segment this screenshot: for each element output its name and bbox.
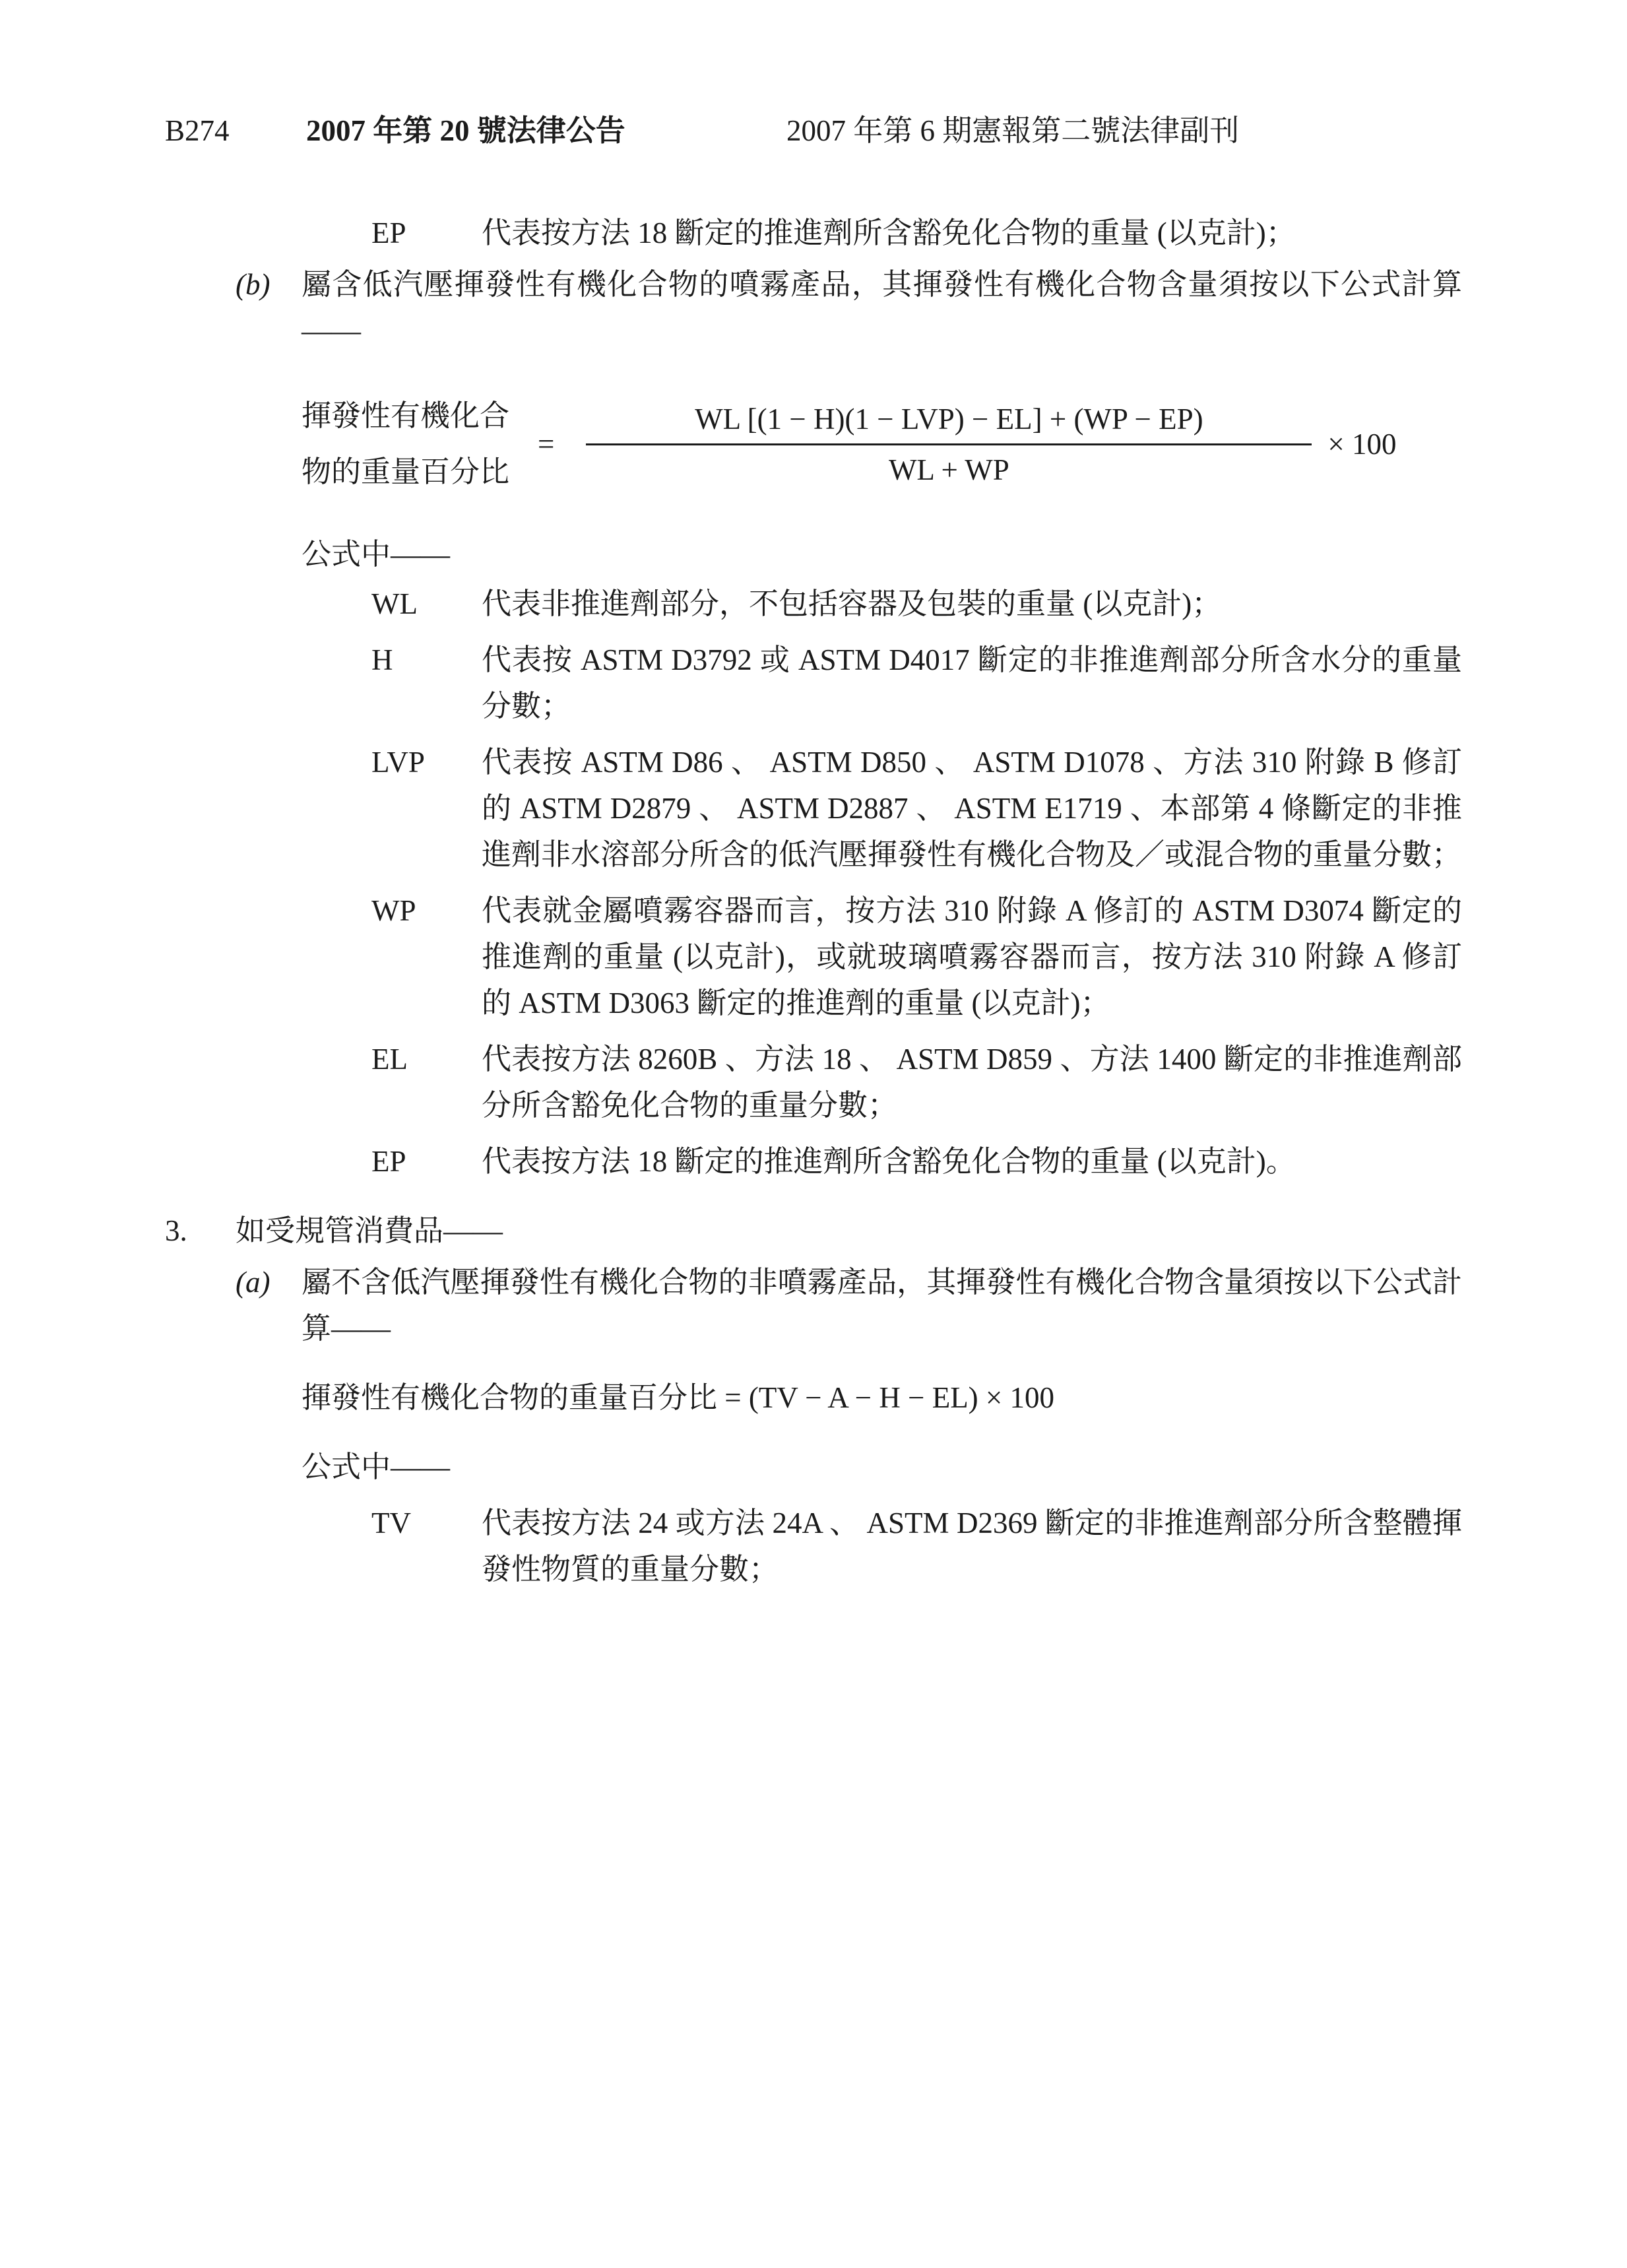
voc-weight-formula: 揮發性有機化合 物的重量百分比 = WL [(1 − H)(1 − LVP) −… [302,388,1462,500]
list-item-b: (b) 屬含低汽壓揮發性有機化合物的噴霧產品，其揮發性有機化合物含量須按以下公式… [165,261,1462,354]
gazette-page: B274 2007 年第 20 號法律公告 2007 年第 6 期憲報第二號法律… [0,0,1627,2268]
term-definition: 代表按方法 18 斷定的推進劑所含豁免化合物的重量 (以克計)。 [482,1138,1462,1184]
formula-label: 揮發性有機化合 物的重量百分比 [302,388,519,500]
term-definition: 代表按方法 8260B 、方法 18 、 ASTM D859 、方法 1400 … [482,1036,1462,1128]
equals-sign: = [538,427,554,461]
formula-label-line2: 物的重量百分比 [302,444,519,500]
term-definition: 代表就金屬噴霧容器而言，按方法 310 附錄 A 修訂的 ASTM D3074 … [482,888,1462,1026]
term-definition: 代表按 ASTM D86 、 ASTM D850 、 ASTM D1078 、方… [482,739,1462,878]
term-row: WP 代表就金屬噴霧容器而言，按方法 310 附錄 A 修訂的 ASTM D30… [165,888,1462,1026]
term-definition: 代表非推進劑部分，不包括容器及包裝的重量 (以克計)； [482,581,1462,627]
term-symbol: EP [371,210,406,256]
term-symbol: EL [371,1036,408,1082]
term-symbol: WP [371,888,416,934]
term-row: EP 代表按方法 18 斷定的推進劑所含豁免化合物的重量 (以克計)。 [165,1138,1462,1184]
section-heading: 如受規管消費品—— [236,1208,1462,1254]
term-symbol: EP [371,1138,406,1184]
term-symbol: H [371,637,393,683]
term-row: H 代表按 ASTM D3792 或 ASTM D4017 斷定的非推進劑部分所… [165,637,1462,729]
term-row: EL 代表按方法 8260B 、方法 18 、 ASTM D859 、方法 14… [165,1036,1462,1128]
term-definition: 代表按方法 24 或方法 24A 、 ASTM D2369 斷定的非推進劑部分所… [482,1500,1462,1592]
term-symbol: WL [371,581,418,627]
fraction-numerator: WL [(1 − H)(1 − LVP) − EL] + (WP − EP) [586,396,1312,443]
item-marker: (b) [236,261,270,308]
item-marker: (a) [236,1259,270,1305]
item-text: 屬含低汽壓揮發性有機化合物的噴霧產品，其揮發性有機化合物含量須按以下公式計算—— [302,261,1462,354]
where-label: 公式中—— [302,1444,1462,1490]
term-symbol: LVP [371,739,425,785]
section-number: 3. [165,1208,187,1254]
formula-multiplier: × 100 [1327,427,1396,461]
fraction-denominator: WL + WP [586,443,1312,493]
list-item-a: (a) 屬不含低汽壓揮發性有機化合物的非噴霧產品，其揮發性有機化合物含量須按以下… [165,1259,1462,1351]
term-row: EP 代表按方法 18 斷定的推進劑所含豁免化合物的重量 (以克計)； [165,210,1462,256]
fraction: WL [(1 − H)(1 − LVP) − EL] + (WP − EP) W… [586,396,1312,493]
document-body: EP 代表按方法 18 斷定的推進劑所含豁免化合物的重量 (以克計)； (b) … [165,0,1462,1592]
where-label: 公式中—— [302,531,1462,577]
term-row: LVP 代表按 ASTM D86 、 ASTM D850 、 ASTM D107… [165,739,1462,878]
item-text: 屬不含低汽壓揮發性有機化合物的非噴霧產品，其揮發性有機化合物含量須按以下公式計算… [302,1259,1462,1351]
voc-weight-formula-nonaerosol: 揮發性有機化合物的重量百分比 = (TV − A − H − EL) × 100 [302,1375,1462,1421]
term-definition: 代表按方法 18 斷定的推進劑所含豁免化合物的重量 (以克計)； [482,210,1462,256]
term-row: TV 代表按方法 24 或方法 24A 、 ASTM D2369 斷定的非推進劑… [165,1500,1462,1592]
term-row: WL 代表非推進劑部分，不包括容器及包裝的重量 (以克計)； [165,581,1462,627]
term-symbol: TV [371,1500,411,1546]
section-3: 3. 如受規管消費品—— [165,1208,1462,1254]
term-definition: 代表按 ASTM D3792 或 ASTM D4017 斷定的非推進劑部分所含水… [482,637,1462,729]
formula-label-line1: 揮發性有機化合 [302,388,519,444]
